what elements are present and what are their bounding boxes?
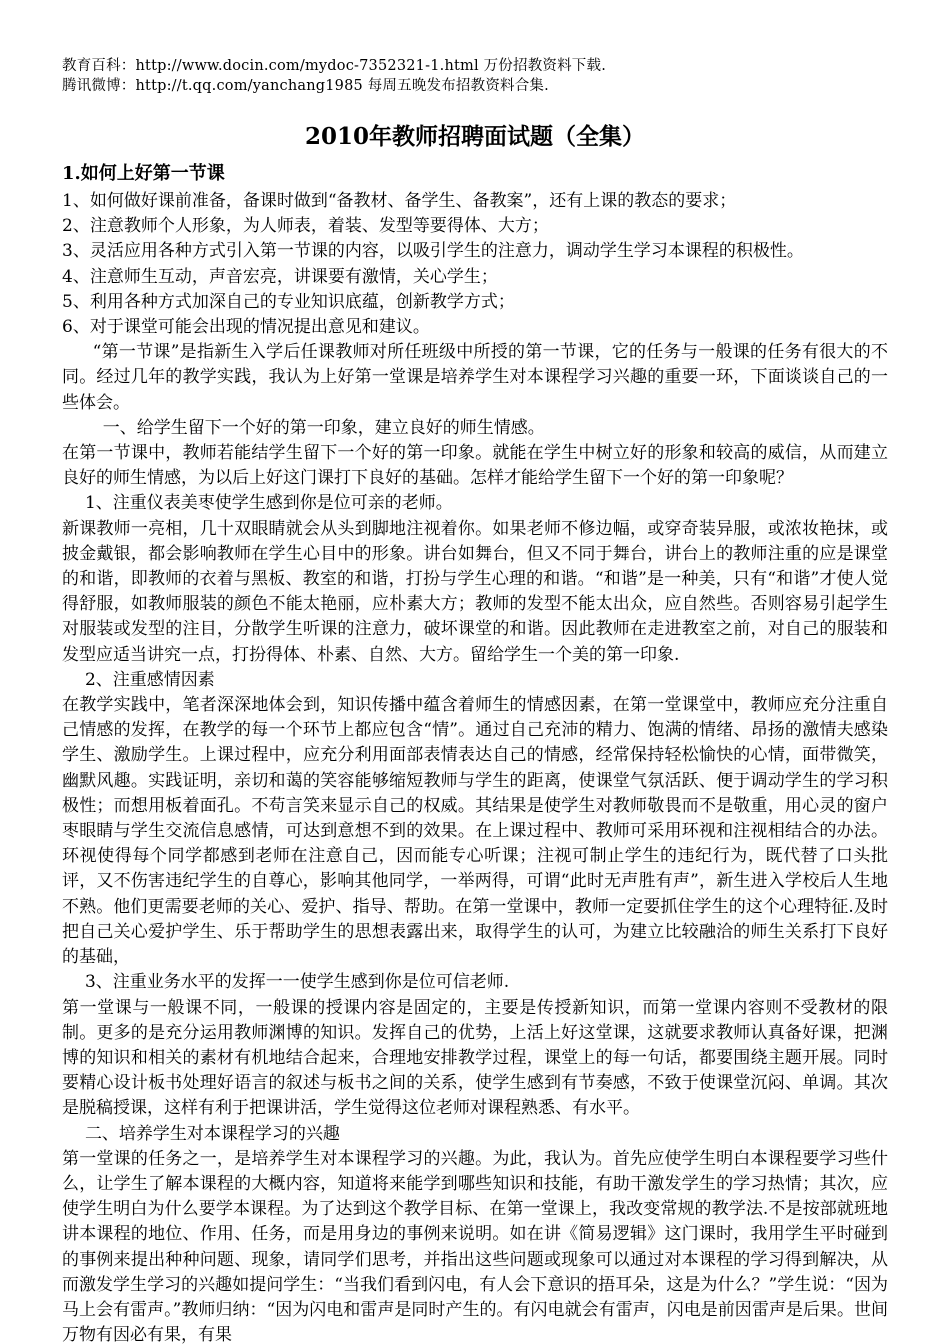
list-item: 1、如何做好课前准备，备课时做到“备教材、备学生、备教案”，还有上课的教态的要求… xyxy=(62,189,888,214)
header-line-weibo: 腾讯微博：http://t.qq.com/yanchang1985 每周五晚发布… xyxy=(62,76,888,96)
section-heading: 1.如何上好第一节课 xyxy=(62,161,888,187)
sub-heading: 2、注重感情因素 xyxy=(62,668,888,693)
sub-heading: 一、给学生留下一个好的第一印象，建立良好的师生情感。 xyxy=(62,416,888,441)
list-item: 3、灵活应用各种方式引入第一节课的内容，以吸引学生的注意力，调动学生学习本课程的… xyxy=(62,239,888,264)
list-item: 6、对于课堂可能会出现的情况提出意见和建议。 xyxy=(62,315,888,340)
doc-header: 教育百科：http://www.docin.com/mydoc-7352321-… xyxy=(62,0,888,96)
doc-title: 2010年教师招聘面试题（全集） xyxy=(62,121,888,153)
sub-heading: 1、注重仪表美枣使学生感到你是位可亲的老师。 xyxy=(62,491,888,516)
paragraph: 第一堂课与一般课不同，一般课的授课内容是固定的，主要是传授新知识，而第一堂课内容… xyxy=(62,996,888,1122)
list-item: 2、注意教师个人形象，为人师表，着装、发型等要得体、大方； xyxy=(62,214,888,239)
sub-heading: 3、注重业务水平的发挥一一使学生感到你是位可信老师. xyxy=(62,970,888,995)
list-item: 5、利用各种方式加深自己的专业知识底蕴，创新教学方式； xyxy=(62,290,888,315)
paragraph: 第一堂课的任务之一，是培养学生对本课程学习的兴趣。为此，我认为。首先应使学生明白… xyxy=(62,1147,888,1344)
paragraph: 在教学实践中，笔者深深地体会到，知识传播中蕴含着师生的情感因素，在第一堂课堂中，… xyxy=(62,693,888,970)
paragraph: 新课教师一亮相，几十双眼睛就会从头到脚地注视着你。如果老师不修边幅，或穿奇装异服… xyxy=(62,517,888,668)
paragraph: 在第一节课中，教师若能结学生留下一个好的第一印象。就能在学生中树立好的形象和较高… xyxy=(62,441,888,491)
list-item: 4、注意师生互动，声音宏亮，讲课要有激情，关心学生； xyxy=(62,265,888,290)
doc-body: 1、如何做好课前准备，备课时做到“备教材、备学生、备教案”，还有上课的教态的要求… xyxy=(62,189,888,1344)
paragraph: “第一节课”是指新生入学后任课教师对所任班级中所授的第一节课，它的任务与一般课的… xyxy=(62,340,888,416)
header-line-baike: 教育百科：http://www.docin.com/mydoc-7352321-… xyxy=(62,56,888,76)
document-page: 教育百科：http://www.docin.com/mydoc-7352321-… xyxy=(0,0,950,1344)
sub-heading: 二、培养学生对本课程学习的兴趣 xyxy=(62,1122,888,1147)
